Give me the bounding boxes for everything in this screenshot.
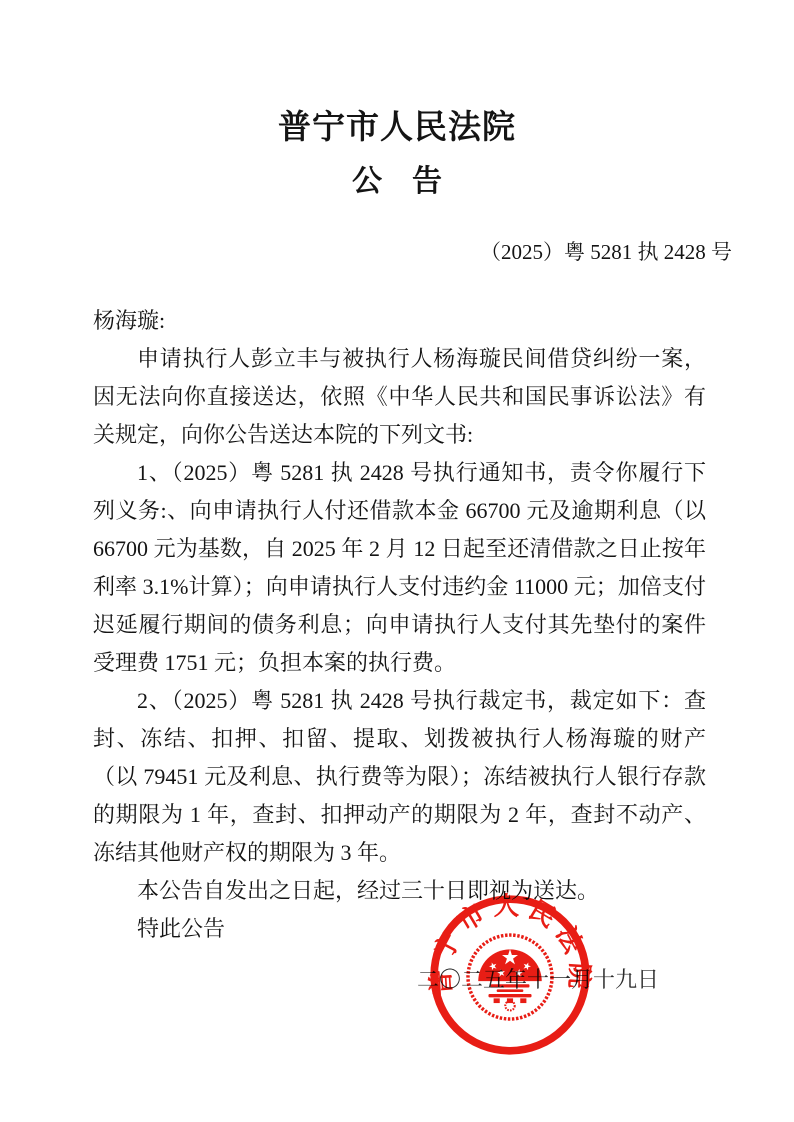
case-number: （2025）粤 5281 执 2428 号: [0, 238, 794, 266]
paragraph-intro: 申请执行人彭立丰与被执行人杨海璇民间借贷纠纷一案，因无法向你直接送达，依照《中华…: [93, 340, 706, 454]
document-page: 普宁市人民法院 公 告 （2025）粤 5281 执 2428 号 杨海璇: 申…: [0, 0, 794, 1122]
paragraph-service-note: 本公告自发出之日起，经过三十日即视为送达。: [93, 872, 706, 910]
issue-date: 二〇二五年十一月十九日: [417, 965, 717, 995]
paragraph-closing: 特此公告: [93, 910, 706, 948]
court-name: 普宁市人民法院: [0, 0, 794, 148]
document-body: 杨海璇: 申请执行人彭立丰与被执行人杨海璇民间借贷纠纷一案，因无法向你直接送达，…: [0, 302, 794, 948]
paragraph-item-1: 1、（2025）粤 5281 执 2428 号执行通知书，责令你履行下列义务:、…: [93, 454, 706, 682]
salutation: 杨海璇:: [93, 302, 706, 340]
paragraph-item-2: 2、（2025）粤 5281 执 2428 号执行裁定书，裁定如下：查封、冻结、…: [93, 682, 706, 872]
doc-title: 公 告: [0, 164, 794, 200]
